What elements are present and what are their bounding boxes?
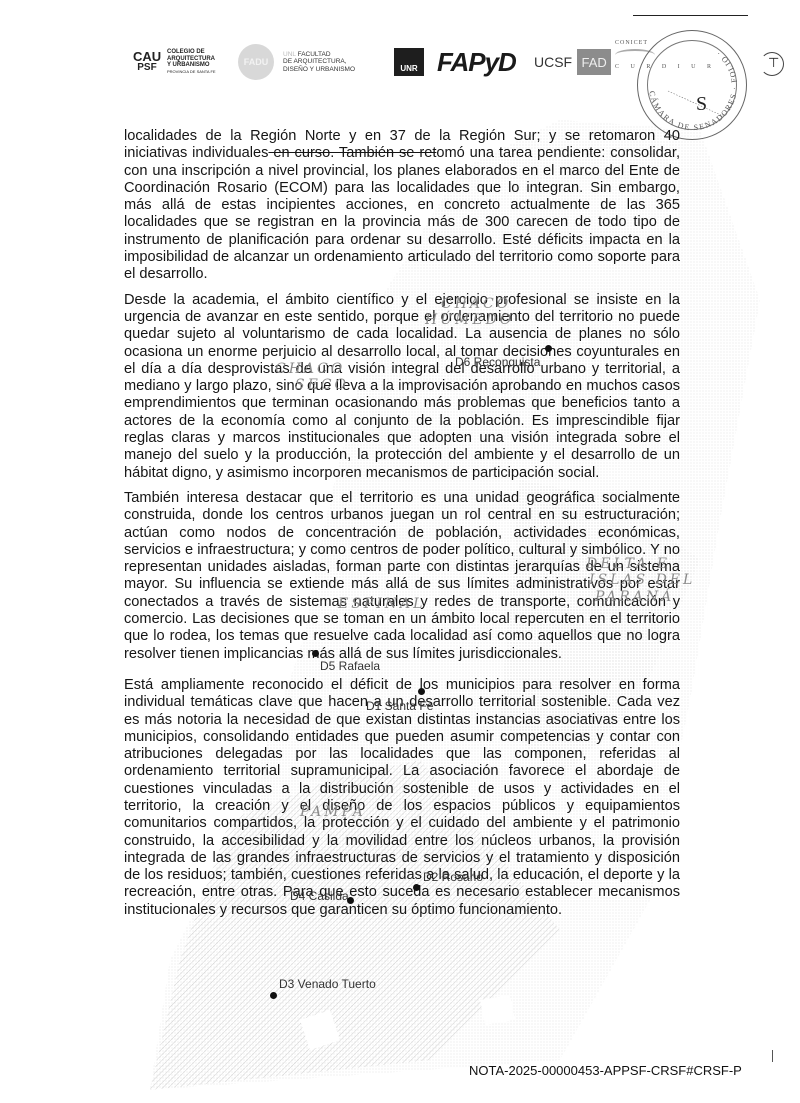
node-label-santa-fe: D1 Santa Fe xyxy=(366,699,433,713)
region-label: DELTA E xyxy=(586,556,670,572)
stamp-signature: S xyxy=(696,93,707,116)
fadu-line: DE ARQUITECTURA, xyxy=(283,58,355,66)
node-dot-icon xyxy=(418,688,425,695)
unl-prefix: UNL xyxy=(283,51,296,58)
struck-text: en curso. También se ret xyxy=(268,145,436,161)
fadu-circle-mark: FADU xyxy=(238,44,274,80)
paragraph: Desde la academia, el ámbito científico … xyxy=(124,292,680,482)
ucsf-fad-logo: UCSF FAD xyxy=(534,38,611,86)
region-label: SECO xyxy=(295,377,349,393)
region-label: PARANÁ xyxy=(595,589,674,605)
fad-box: FAD xyxy=(577,49,611,75)
paragraph: localidades de la Región Norte y en 37 d… xyxy=(124,128,680,284)
node-dot-icon xyxy=(545,345,552,352)
node-dot-icon xyxy=(347,897,354,904)
fapyd-logo: FAPyD xyxy=(437,38,516,86)
node-label-rafaela: D5 Rafaela xyxy=(320,659,380,673)
node-label-casilda: D4 Casilda xyxy=(290,889,349,903)
unr-mark: UNR xyxy=(394,48,424,76)
region-label: ISLAS DEL xyxy=(589,572,695,588)
cau-subline: PROVINCIA DE SANTA FE xyxy=(167,69,216,76)
fapyd-mark: FAPyD xyxy=(437,47,516,78)
paragraph-text: omó una tarea pendiente: consolidar, con… xyxy=(124,145,680,282)
unr-logo: UNR xyxy=(394,38,424,86)
top-rule xyxy=(633,15,748,16)
fadu-line: FACULTAD xyxy=(298,51,331,58)
cau-line: Y URBANISMO xyxy=(167,62,216,69)
node-dot-icon xyxy=(312,650,319,657)
senate-folio-stamp: CÁMARA DE SENADORES · FOLIO · S xyxy=(637,30,747,140)
node-label-reconquista: D6 Reconquista xyxy=(455,355,540,369)
region-label: CHACO xyxy=(275,361,345,377)
document-body: localidades de la Región Norte y en 37 d… xyxy=(124,128,680,927)
region-label: ESPINAL xyxy=(338,596,425,612)
fadu-unl-logo: FADU UNL FACULTAD DE ARQUITECTURA, DISEÑ… xyxy=(238,38,355,86)
region-label: CHACO xyxy=(441,296,511,312)
cau-mark: CAU xyxy=(133,51,161,62)
document-id: NOTA-2025-00000453-APPSF-CRSF#CRSF-P xyxy=(469,1063,742,1078)
paragraph: Está ampliamente reconocido el déficit d… xyxy=(124,677,680,919)
ucsf-text: UCSF xyxy=(534,54,572,70)
svg-text:CÁMARA DE SENADORES · FOLIO ·: CÁMARA DE SENADORES · FOLIO · xyxy=(647,48,739,132)
region-label: HÚMEDO xyxy=(425,312,514,328)
node-label-rosario: D2 Rosario xyxy=(423,870,483,884)
node-dot-icon xyxy=(413,884,420,891)
region-label: PAMPA xyxy=(300,804,366,820)
stamp-ring-text-icon: CÁMARA DE SENADORES · FOLIO · xyxy=(638,31,748,141)
node-dot-icon xyxy=(270,992,277,999)
footer-tick xyxy=(772,1050,773,1062)
folio-tick-mark: ⊤ xyxy=(768,55,779,71)
node-label-venado-tuerto: D3 Venado Tuerto xyxy=(279,977,376,991)
cau-psf-logo: CAU PSF COLEGIO DE ARQUITECTURA Y URBANI… xyxy=(133,38,216,86)
fadu-line: DISEÑO Y URBANISMO xyxy=(283,66,355,74)
